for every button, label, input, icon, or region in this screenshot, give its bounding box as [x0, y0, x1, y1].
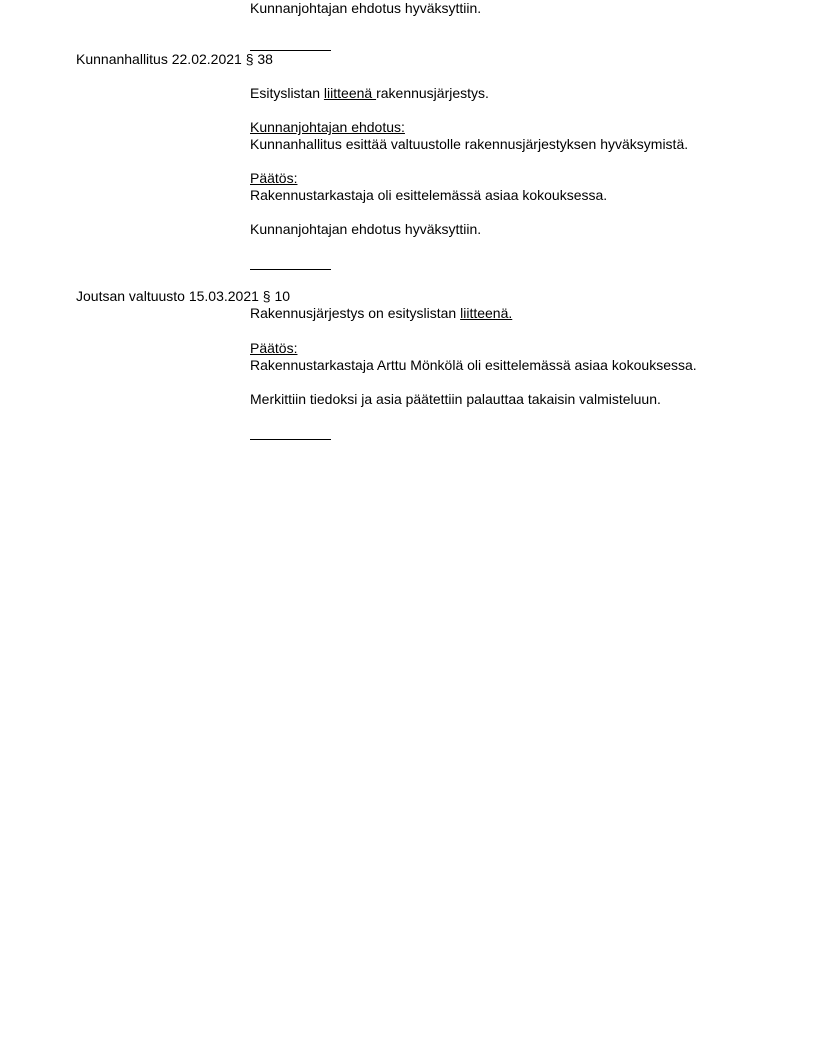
attachment-line: Rakennusjärjestys on esityslistan liitte…	[250, 305, 512, 322]
decision-label: Päätös:	[250, 340, 297, 357]
decision-text: Rakennustarkastaja oli esittelemässä asi…	[250, 187, 607, 204]
decision-outcome-text: Kunnanjohtajan ehdotus hyväksyttiin.	[250, 221, 481, 238]
decision-outcome-text: Merkittiin tiedoksi ja asia päätettiin p…	[250, 391, 661, 408]
attachment-text-before: Rakennusjärjestys on esityslistan	[250, 305, 460, 321]
previous-decision-text: Kunnanjohtajan ehdotus hyväksyttiin.	[250, 0, 481, 17]
decision-text: Rakennustarkastaja Arttu Mönkölä oli esi…	[250, 357, 697, 374]
attachment-link[interactable]: liitteenä.	[460, 305, 512, 321]
attachment-text-before: Esityslistan	[250, 85, 324, 101]
proposal-label: Kunnanjohtajan ehdotus:	[250, 119, 405, 136]
attachment-link[interactable]: liitteenä	[324, 85, 376, 101]
attachment-text-after: rakennusjärjestys.	[376, 85, 489, 101]
attachment-line: Esityslistan liitteenä rakennusjärjestys…	[250, 85, 489, 102]
proposal-text: Kunnanhallitus esittää valtuustolle rake…	[250, 136, 688, 153]
section-heading-valtuusto: Joutsan valtuusto 15.03.2021 § 10	[76, 288, 290, 305]
section-heading-kunnanhallitus: Kunnanhallitus 22.02.2021 § 38	[76, 51, 273, 68]
decision-label: Päätös:	[250, 170, 297, 187]
section-separator	[250, 269, 331, 270]
section-separator	[250, 439, 331, 440]
